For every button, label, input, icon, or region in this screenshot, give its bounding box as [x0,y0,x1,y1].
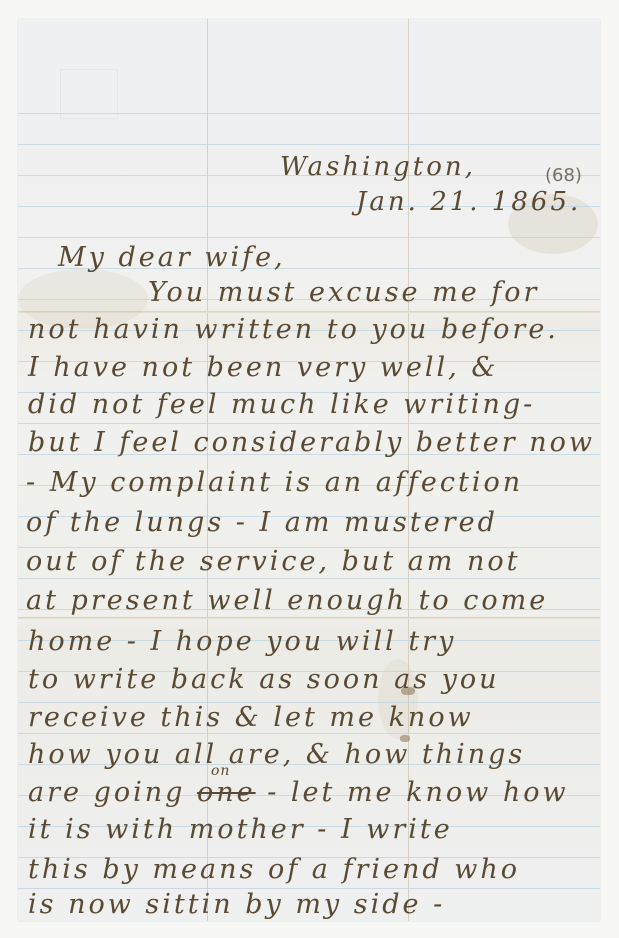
letter-line: it is with mother - I write [28,814,453,845]
letter-sheet: (68) Washington, Jan. 21. 1865. My dear … [18,19,600,921]
letter-line: out of the service, but am not [26,546,521,577]
letter-text: - let me know how [256,777,569,808]
letter-line: home - I hope you will try [28,626,456,657]
letter-line: You must excuse me for [148,277,539,308]
struck-word: one [197,777,256,808]
inserted-word: on [211,763,230,779]
stationer-emboss [60,69,118,119]
letter-line: at present well enough to come [26,585,548,616]
letter-text: are going [28,777,197,808]
letter-line: to write back as soon as you [28,664,500,695]
letter-line-with-correction: are going on one - let me know how [28,777,569,808]
letter-line: how you all are, & how things [28,739,525,770]
fold-line-horizontal [18,617,600,619]
letter-place: Washington, [280,152,476,182]
letter-line: - My complaint is an affection [26,467,523,498]
letter-line: this by means of a friend who [28,854,520,885]
letter-line: is now sittin by my side - [28,889,445,920]
letter-line: receive this & let me know [28,702,474,733]
letter-line: of the lungs - I am mustered [26,507,498,538]
letter-line: I have not been very well, & [28,352,498,383]
letter-date: Jan. 21. 1865. [356,187,581,217]
letter-line: but I feel considerably better now [28,427,595,458]
letter-line: not havin written to you before. [28,314,559,345]
letter-line: did not feel much like writing- [28,389,535,420]
catalog-number: (68) [545,165,582,186]
letter-salutation: My dear wife, [58,242,286,273]
